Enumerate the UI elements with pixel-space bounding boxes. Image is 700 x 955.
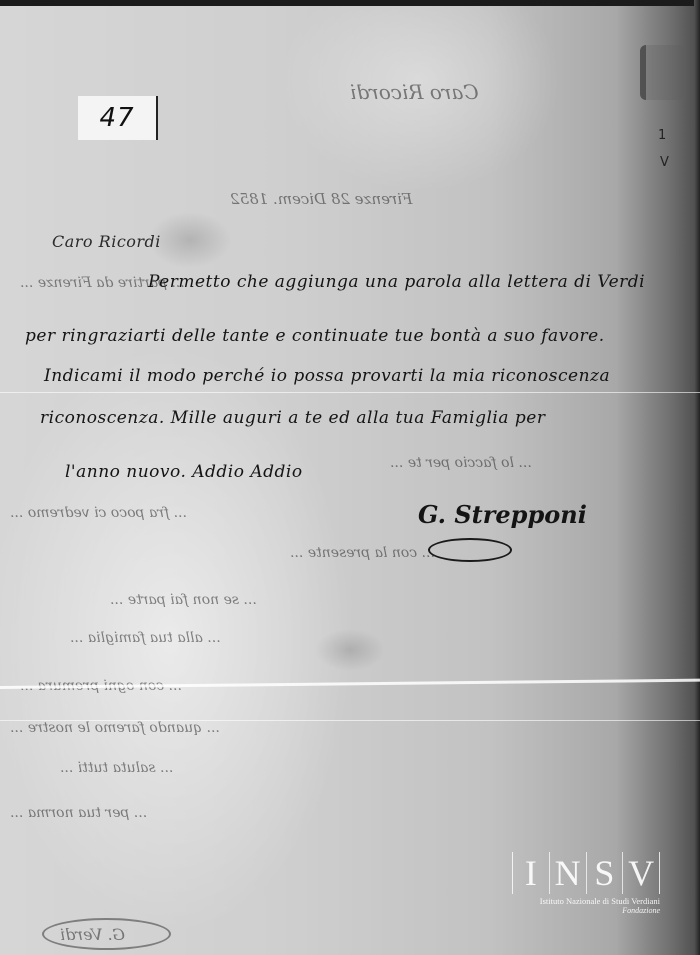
bleed-line-10: ... per tua norma ...	[10, 805, 147, 821]
photo-scratch-thin	[0, 720, 700, 721]
bleed-line-4: ... con la presente ...	[290, 545, 435, 561]
letter-line-1: Permetto che aggiunga una parola alla le…	[148, 272, 645, 292]
letter-line-5: l'anno nuovo. Addio Addio	[65, 462, 303, 482]
bleed-line-6: ... alla tua famiglia ...	[70, 630, 221, 646]
margin-mark-1: 1	[658, 128, 666, 143]
watermark-logo: I N S V	[512, 852, 660, 894]
signature: G. Strepponi	[418, 500, 587, 529]
photo-right-edge	[694, 0, 700, 955]
margin-mark-v: V	[660, 155, 669, 170]
bleed-line-9: ... saluta tutti ...	[60, 760, 173, 776]
bleed-header: Caro Ricordi	[350, 80, 479, 104]
wax-seal-mark	[640, 45, 684, 100]
watermark-institution: Istituto Nazionale di Studi Verdiani	[512, 896, 660, 906]
photo-scratch-thin	[0, 392, 700, 393]
insv-watermark: I N S V Istituto Nazionale di Studi Verd…	[512, 852, 660, 920]
watermark-letter: V	[623, 852, 659, 894]
letter-line-3: Indicami il modo perché io possa provart…	[44, 366, 610, 386]
bleed-place-date: Firenze 28 Dicem. 1852	[230, 190, 412, 208]
watermark-letter: S	[587, 852, 624, 894]
bleed-line-5: ... se non fai parte ...	[110, 592, 257, 608]
watermark-letter: I	[513, 852, 550, 894]
letter-line-4: riconoscenza. Mille auguri a te ed alla …	[40, 408, 545, 428]
folio-number-label: 47	[78, 96, 158, 140]
bleed-line-8: ... quando faremo le nostre ...	[10, 720, 220, 736]
bleed-line-3: ... fra poco ci vedremo ...	[10, 505, 187, 521]
photo-top-edge	[0, 0, 700, 6]
letter-page: 1 V 47 Caro Ricordi Firenze 28 Dicem. 18…	[0, 0, 700, 955]
watermark-letter: N	[550, 852, 587, 894]
signature-flourish	[428, 538, 512, 562]
bleed-signature-flourish	[42, 918, 171, 950]
salutation: Caro Ricordi	[52, 232, 161, 251]
bleed-line-2: ... lo faccio per te ...	[390, 455, 532, 471]
watermark-subtitle: Fondazione	[512, 906, 660, 915]
letter-line-2: per ringraziarti delle tante e continuat…	[25, 326, 605, 346]
